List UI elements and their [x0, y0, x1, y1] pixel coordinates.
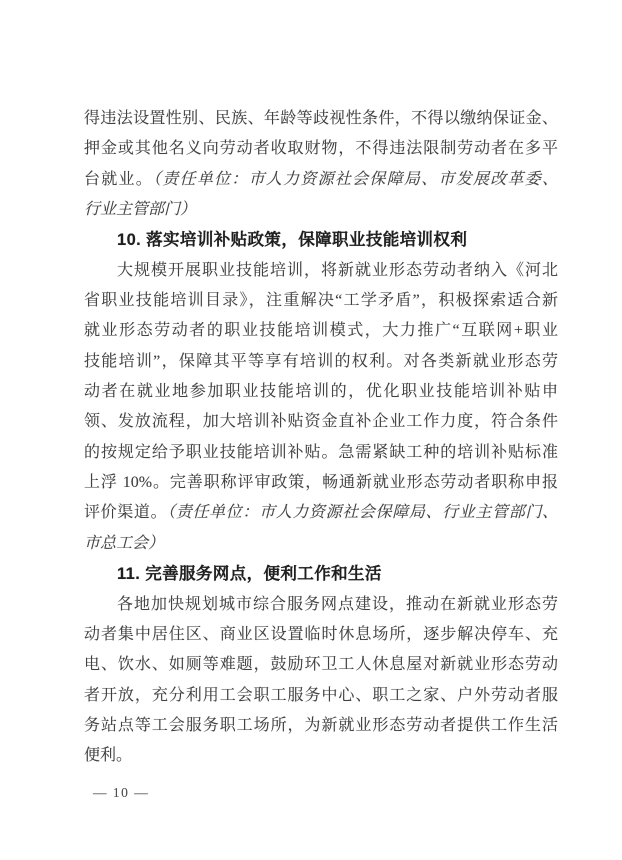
text-line: 的按规定给予职业技能培训补贴。急需紧缺工种的培训补贴标准 — [84, 438, 558, 468]
section-heading: 11. 完善服务网点，便利工作和生活 — [84, 559, 558, 589]
text-line: 动者在就业地参加职业技能培训的，优化职业技能培训补贴申 — [84, 377, 558, 407]
text-line: 电、饮水、如厕等难题，鼓励环卫工人休息屋对新就业形态劳动 — [84, 650, 558, 680]
text-segment-fangsong: 者开放，充分利用工会职工服务中心、职工之家、户外劳动者服 — [84, 687, 558, 704]
page-number: — 10 — — [93, 785, 149, 801]
text-line: 者开放，充分利用工会职工服务中心、职工之家、户外劳动者服 — [84, 681, 558, 711]
document-page: 得违法设置性别、民族、年龄等歧视性条件，不得以缴纳保证金、押金或其他名义向劳动者… — [0, 0, 622, 860]
text-line: 便利。 — [84, 741, 558, 771]
text-segment-fangsong: 动者集中居住区、商业区设置临时休息场所，逐步解决停车、充 — [84, 626, 558, 643]
text-segment-kaiti: 市总工会） — [84, 535, 164, 552]
section-heading: 10. 落实培训补贴政策，保障职业技能培训权利 — [84, 225, 558, 255]
text-segment-kaiti: （责任单位：市人力资源社会保障局、市发展改革委、 — [153, 171, 558, 188]
text-segment-fangsong: 就业形态劳动者的职业技能培训模式，大力推广“互联网+职业 — [84, 322, 558, 339]
text-line: 得违法设置性别、民族、年龄等歧视性条件，不得以缴纳保证金、 — [84, 104, 558, 134]
text-segment-heiti: 10. 落实培训补贴政策，保障职业技能培训权利 — [117, 231, 467, 249]
text-segment-fangsong: 评价渠道。 — [84, 504, 167, 521]
text-segment-fangsong: 领、发放流程，加大培训补贴资金直补企业工作力度，符合条件 — [84, 413, 558, 430]
text-segment-fangsong: 务站点等工会服务职工场所，为新就业形态劳动者提供工作生活 — [84, 717, 558, 734]
text-line: 上浮 10%。完善职称评审政策，畅通新就业形态劳动者职称申报 — [84, 468, 558, 498]
text-segment-kaiti: 行业主管部门） — [84, 201, 196, 218]
text-segment-heiti: 11. 完善服务网点，便利工作和生活 — [117, 565, 382, 583]
text-line: 台就业。（责任单位：市人力资源社会保障局、市发展改革委、 — [84, 165, 558, 195]
text-line: 押金或其他名义向劳动者收取财物，不得违法限制劳动者在多平 — [84, 134, 558, 164]
text-segment-fangsong: 动者在就业地参加职业技能培训的，优化职业技能培训补贴申 — [84, 383, 558, 400]
text-segment-fangsong: 上浮 10%。完善职称评审政策，畅通新就业形态劳动者职称申报 — [84, 474, 558, 491]
text-segment-fangsong: 技能培训”，保障其平等享有培训的权利。对各类新就业形态劳 — [84, 353, 558, 370]
text-segment-fangsong: 电、饮水、如厕等难题，鼓励环卫工人休息屋对新就业形态劳动 — [84, 656, 558, 673]
text-segment-fangsong: 各地加快规划城市综合服务网点建设，推动在新就业形态劳 — [117, 596, 558, 613]
text-line: 务站点等工会服务职工场所，为新就业形态劳动者提供工作生活 — [84, 711, 558, 741]
text-segment-kaiti: （责任单位：市人力资源社会保障局、行业主管部门、 — [167, 504, 558, 521]
text-line: 大规模开展职业技能培训，将新就业形态劳动者纳入《河北 — [84, 256, 558, 286]
text-line: 评价渠道。（责任单位：市人力资源社会保障局、行业主管部门、 — [84, 498, 558, 528]
text-segment-fangsong: 押金或其他名义向劳动者收取财物，不得违法限制劳动者在多平 — [84, 140, 558, 157]
text-line: 省职业技能培训目录》，注重解决“工学矛盾”，积极探索适合新 — [84, 286, 558, 316]
text-line: 动者集中居住区、商业区设置临时休息场所，逐步解决停车、充 — [84, 620, 558, 650]
text-segment-fangsong: 省职业技能培训目录》，注重解决“工学矛盾”，积极探索适合新 — [84, 292, 558, 309]
document-content: 得违法设置性别、民族、年龄等歧视性条件，不得以缴纳保证金、押金或其他名义向劳动者… — [84, 104, 558, 772]
text-line: 技能培训”，保障其平等享有培训的权利。对各类新就业形态劳 — [84, 347, 558, 377]
text-line: 行业主管部门） — [84, 195, 558, 225]
text-line: 市总工会） — [84, 529, 558, 559]
text-line: 就业形态劳动者的职业技能培训模式，大力推广“互联网+职业 — [84, 316, 558, 346]
text-segment-fangsong: 的按规定给予职业技能培训补贴。急需紧缺工种的培训补贴标准 — [84, 444, 558, 461]
text-line: 各地加快规划城市综合服务网点建设，推动在新就业形态劳 — [84, 590, 558, 620]
text-segment-fangsong: 台就业。 — [84, 171, 153, 188]
text-segment-fangsong: 得违法设置性别、民族、年龄等歧视性条件，不得以缴纳保证金、 — [84, 110, 558, 127]
text-line: 领、发放流程，加大培训补贴资金直补企业工作力度，符合条件 — [84, 407, 558, 437]
text-segment-fangsong: 大规模开展职业技能培训，将新就业形态劳动者纳入《河北 — [117, 262, 558, 279]
text-segment-fangsong: 便利。 — [84, 747, 132, 764]
